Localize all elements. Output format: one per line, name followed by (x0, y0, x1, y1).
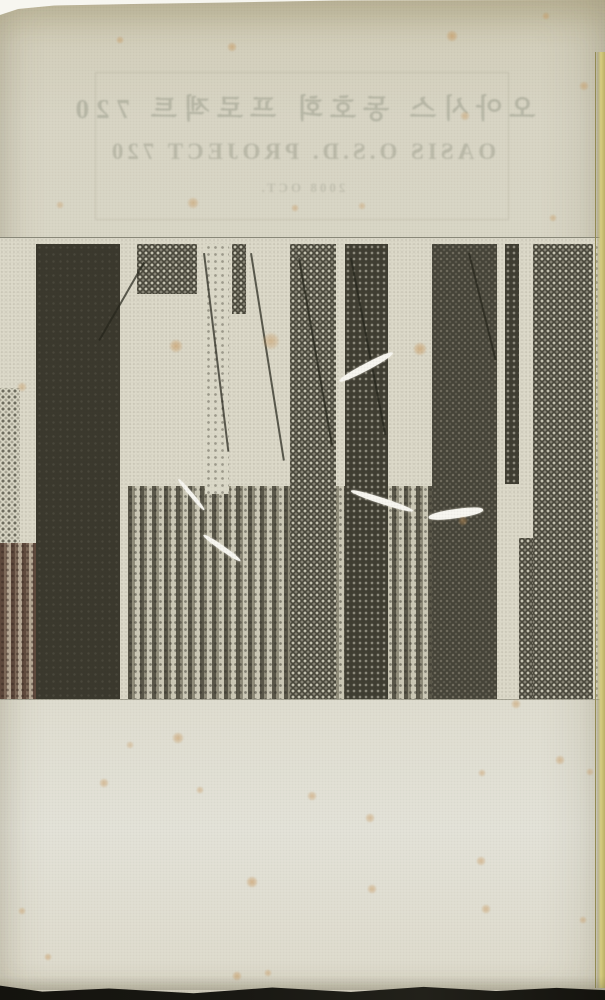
collage-band-ht-darker (345, 244, 388, 699)
foxing-stain (476, 856, 486, 866)
ghost-stamp-korean-line: 오아시스 동호회 프로젝트 720 (69, 87, 536, 126)
collage-band-solid-dark (36, 244, 120, 699)
glitch-collage-plate (0, 237, 600, 700)
foxing-stain (196, 786, 204, 794)
ghost-stamp-latin-line: OASIS O.S.D. PROJECT 720 (108, 139, 496, 165)
foxing-stain (99, 778, 109, 788)
foxing-stain (586, 768, 594, 776)
collage-band-solid-darkish (432, 244, 497, 699)
collage-band-ht-dark (519, 538, 533, 699)
book-page-scan: 오아시스 동호회 프로젝트 720 OASIS O.S.D. PROJECT 7… (0, 0, 605, 1000)
foxing-stain (227, 42, 237, 52)
foxing-stain (18, 907, 26, 915)
foxing-stain (481, 904, 491, 914)
foxing-stain (44, 953, 52, 961)
foxing-stain (555, 755, 565, 765)
foxing-stain (478, 769, 486, 777)
foxing-stain (579, 81, 589, 91)
page-right-edge (595, 52, 605, 988)
collage-band-ht-dark (137, 244, 197, 294)
foxing-stain (172, 732, 184, 744)
foxing-stain (511, 699, 521, 709)
foxing-stain (126, 741, 134, 749)
foxing-stain (264, 969, 272, 977)
foxing-stain (56, 201, 64, 209)
foxing-stain (232, 971, 242, 981)
ghost-stamp-date-line: 2008 OCT. (259, 180, 346, 196)
foxing-stain (367, 884, 377, 894)
ghost-stamp-showthrough: 오아시스 동호회 프로젝트 720 OASIS O.S.D. PROJECT 7… (95, 72, 509, 220)
foxing-stain (446, 30, 458, 42)
collage-band-ht-darker (505, 244, 519, 484)
collage-band-ht-dark (232, 244, 246, 314)
collage-scratch-line (250, 253, 284, 461)
collage-band-ht-dark (290, 244, 336, 699)
collage-band-ht-dark (533, 244, 595, 699)
foxing-stain (246, 876, 258, 888)
foxing-stain (542, 12, 550, 20)
foxing-stain (365, 813, 375, 823)
foxing-stain (549, 214, 557, 222)
foxing-stain (307, 791, 317, 801)
foxing-stain (116, 36, 124, 44)
aged-paper-sheet: 오아시스 동호회 프로젝트 720 OASIS O.S.D. PROJECT 7… (0, 0, 605, 1000)
foxing-stain (579, 916, 587, 924)
